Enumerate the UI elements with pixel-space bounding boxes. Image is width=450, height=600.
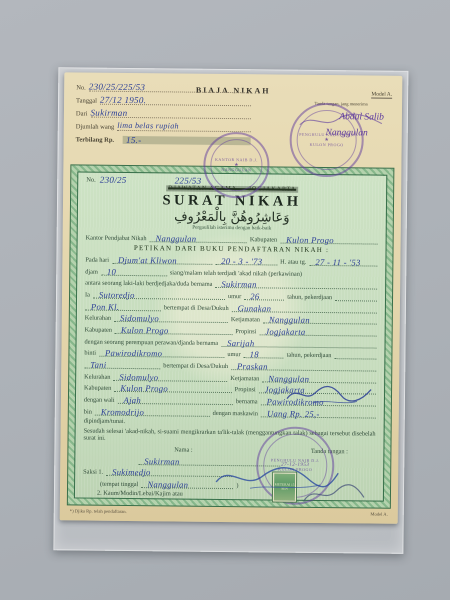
kaum-label: 2. Kaum/Modin/Lebai/Kajim atau [83,489,375,499]
bride-residence-row: Tani bertempat di Desa/Dukuh Praskan [84,359,376,372]
groom-age-value: 26 [250,293,259,300]
receipt-total-row: Terbilang Rp. 15.- [76,132,251,145]
groom-kabupaten-row: Kabupaten Kulon Progo Propinsi Jogjakart… [85,324,377,337]
day-value: Djum'at Kliwon [118,257,177,265]
certificate-number-value: 230/25 [100,176,127,184]
dowry-row: bin Kromodrijo dengan maskawin Uang Rp. … [84,406,376,419]
footnote-model: Model A. [370,512,387,517]
husband-name-value: Sukirman [144,458,179,465]
guardian-father-value: Kromodrijo [101,409,144,416]
revenue-stamp-icon: METERAI 15 SEN [273,473,296,502]
bride-village-value: Praskan [237,363,268,370]
receipt-from-row: Dari Sukirman [76,106,251,119]
receipt-amount-row: Djumlah wang lima belas rupiah [76,119,251,132]
receipt-from-label: Dari [76,110,88,117]
groom-name-value: Sukirman [221,281,256,288]
name-label: Nama : [83,445,283,454]
certificate-number-value2: 225/53 [175,176,202,184]
certificate-body: No. 230/25 225/53 DJAWATAN AGAMA — JOGJA… [74,171,387,501]
footnote-text: *) Djika Rp. telah pendaftaran. [70,508,127,514]
hour-row: djam 10 siang/malam telah terdjadi 'akad… [85,266,377,279]
guardian-row: dengan wali Ajah bernama Pawirodikromo [84,394,376,407]
certificate-border-frame: No. 230/25 225/53 DJAWATAN AGAMA — JOGJA… [67,164,395,508]
signature-label: Tanda tangan : [283,447,375,455]
groom-father-row: Ia Sutoredjo umur 26 tahun, pekerdjaan [85,289,377,302]
receipt-fields: No. 230/25/225/53 Tanggal 27/12 1950. Da… [76,80,252,147]
receipt-number-value: 230/25/225/53 [89,83,145,92]
receipt-signature-block: Tanda tangan, jang menerima [286,101,396,107]
regency-label: Kabupaten [250,236,277,243]
receipt-number-row: No. 230/25/225/53 [76,80,251,93]
name-signature-header: Nama : Tanda tangan : [83,445,375,455]
bride-job-value: Tani [90,362,106,369]
marriage-certificate-document: BIAJA NIKAH Model A. No. 230/25/225/53 T… [60,72,403,524]
groom-father-value: Sutoredjo [99,292,135,299]
receipt-signature-caption: Tanda tangan, jang menerima [314,101,367,107]
receipt-amount-value: lima belas rupiah [117,122,179,131]
office-row: Kantor Pendjabat Nikah Nanggulan Kabupat… [86,232,378,245]
cash-label: dipindjam/tunai. [84,417,376,427]
groom-residence-row: Pon Kl. bertempat di Desa/Dukuh Gunakan [85,301,377,314]
guardian-name-value: Pawirodikromo [267,399,324,407]
receipt-date-label: Tanggal [76,97,97,104]
dowry-value: Uang Rp. 25,- [267,410,320,418]
gregorian-date-value: 27 - 11 - '53 [315,259,360,266]
groom-village-value: Gunakan [238,305,272,312]
hijri-date-value: 20 - 3 - '73 [221,258,262,265]
receipt-date-value: 27/12 1950. [100,96,146,104]
witness-row: Saksi 1. Sukimedjo [83,466,375,479]
day-row: Pada hari Djum'at Kliwon 20 - 3 - '73 H.… [85,254,377,267]
bride-father-value: Pawirodikromo [105,350,162,358]
office-label: Kantor Pendjabat Nikah [86,234,147,242]
regency-value: Kulon Progo [286,236,334,243]
bride-row: dengan seorang perempuan perawan/djanda … [85,336,377,349]
guardian-value: Ajah [124,397,142,404]
groom-kelurahan-row: Kelurahan Sidomulyo Ketjamatan Nanggulan [85,312,377,325]
bride-age-value: 18 [250,352,259,359]
receipt-number-label: No. [76,84,86,91]
certificate-title: SURAT NIKAH [86,192,378,212]
bride-kabupaten-row: Kabupaten Kulon Progo Propinsi Jogjakart… [84,382,376,395]
talik-paragraph: Sesudah selesai 'akad-nikah, si-suami me… [84,427,376,445]
fee-receipt-form: BIAJA NIKAH Model A. No. 230/25/225/53 T… [63,72,402,168]
groom-job-value: Pon Kl. [91,303,119,310]
bride-name-value: Sarijah [227,340,254,347]
certificate-number-label: No. [86,177,96,184]
bride-kelurahan-row: Kelurahan Sidomulyo Ketjamatan Nanggulan [84,371,376,384]
bride-father-row: binti Pawirodikromo umur 18 tahun, peker… [84,347,376,360]
receipt-from-value: Sukirman [90,109,127,117]
husband-name-row: Sukirman [83,454,375,467]
receipt-signature-name: Abdul Salib [339,113,384,122]
extract-heading: PETIKAN DARI BUKU PENDAFTARAN NIKAH : [85,244,377,255]
receipt-amount-label: Djumlah wang [76,123,115,130]
receipt-total-label: Terbilang Rp. [76,136,114,143]
photo-area: BIAJA NIKAH Model A. No. 230/25/225/53 T… [0,0,450,600]
receipt-total-value: 15.- [126,136,142,144]
groom-row: antara seorang laki-laki berdjedjaka/dud… [85,277,377,290]
witness-name-value: Sukimedjo [112,469,151,476]
receipt-model-label: Model A. [371,92,392,99]
witness-residence-row: (tempat tinggal Nanggulan ) [83,478,375,491]
hour-value: 10 [107,268,116,275]
receipt-date-row: Tanggal 27/12 1950. [76,93,251,106]
witness-residence-value: Nanggulan [147,481,188,488]
office-value: Nanggulan [155,235,196,242]
footnote-row: *) Djika Rp. telah pendaftaran. Model A. [70,508,388,516]
receipt-signature-place: Nanggulan [325,129,367,138]
